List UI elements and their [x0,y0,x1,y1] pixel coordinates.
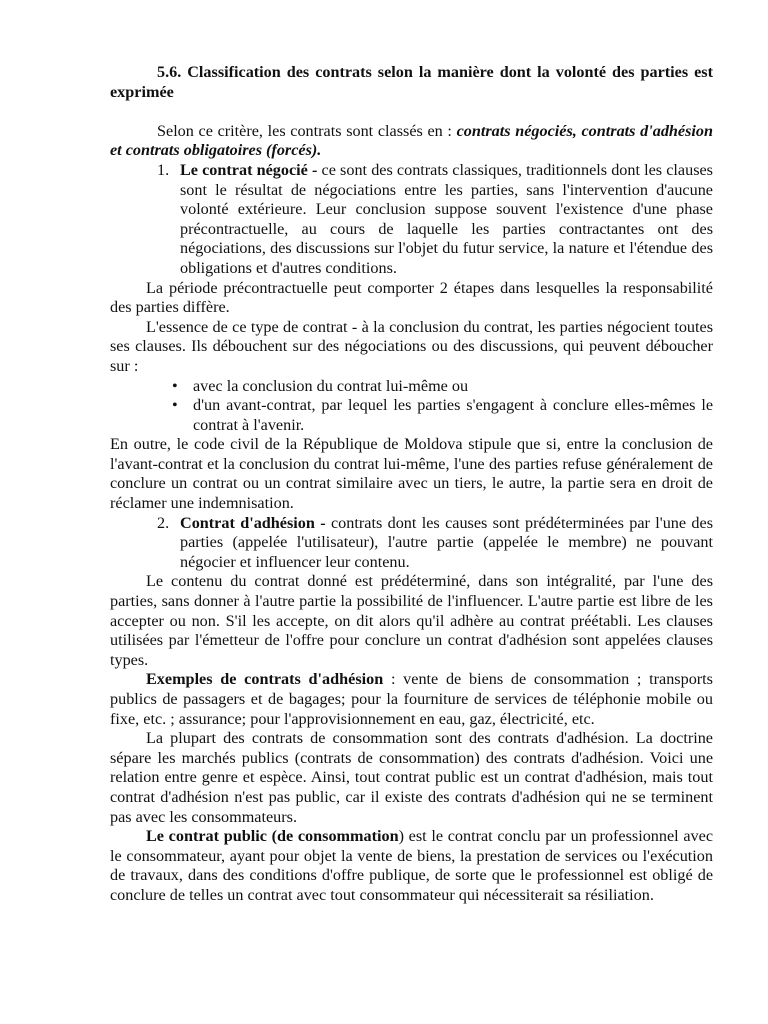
list-number: 2. [157,514,169,534]
list-item-adhesion-contract: 2.Contrat d'adhésion - contrats dont les… [110,514,713,573]
paragraph-civil-code: En outre, le code civil de la République… [110,435,713,513]
intro-text: Selon ce critère, les contrats sont clas… [157,122,457,140]
bullet-text: avec la conclusion du contrat lui-même o… [193,377,468,395]
bullet-icon: • [172,377,178,397]
paragraph-content: Le contenu du contrat donné est prédéter… [110,572,713,670]
blank-line [110,102,713,122]
list-item-negotiated-contract: 1.Le contrat négocié - ce sont des contr… [110,161,713,279]
paragraph-precontract-period: La période précontractuelle peut comport… [110,279,713,318]
term-public-contract: Le contrat public (de consommation [146,827,399,845]
bullet-item: •avec la conclusion du contrat lui-même … [110,377,713,397]
bullet-text: d'un avant-contrat, par lequel les parti… [193,396,713,434]
bullet-item: •d'un avant-contrat, par lequel les part… [110,396,713,435]
term-negotiated-contract: Le contrat négocié - [180,161,322,179]
term-examples: Exemples de contrats d'adhésion [146,670,383,688]
term-adhesion-contract: Contrat d'adhésion - [180,514,331,532]
paragraph-examples: Exemples de contrats d'adhésion : vente … [110,670,713,729]
paragraph-public-contract: Le contrat public (de consommation) est … [110,827,713,905]
bullet-list: •avec la conclusion du contrat lui-même … [110,377,713,436]
paragraph-essence: L'essence de ce type de contrat - à la c… [110,318,713,377]
list-number: 1. [157,161,169,181]
section-heading: 5.6. Classification des contrats selon l… [110,63,713,102]
bullet-icon: • [172,396,178,416]
paragraph-consumer-contracts: La plupart des contrats de consommation … [110,729,713,827]
document-page: 5.6. Classification des contrats selon l… [110,63,713,906]
intro-paragraph: Selon ce critère, les contrats sont clas… [110,122,713,161]
